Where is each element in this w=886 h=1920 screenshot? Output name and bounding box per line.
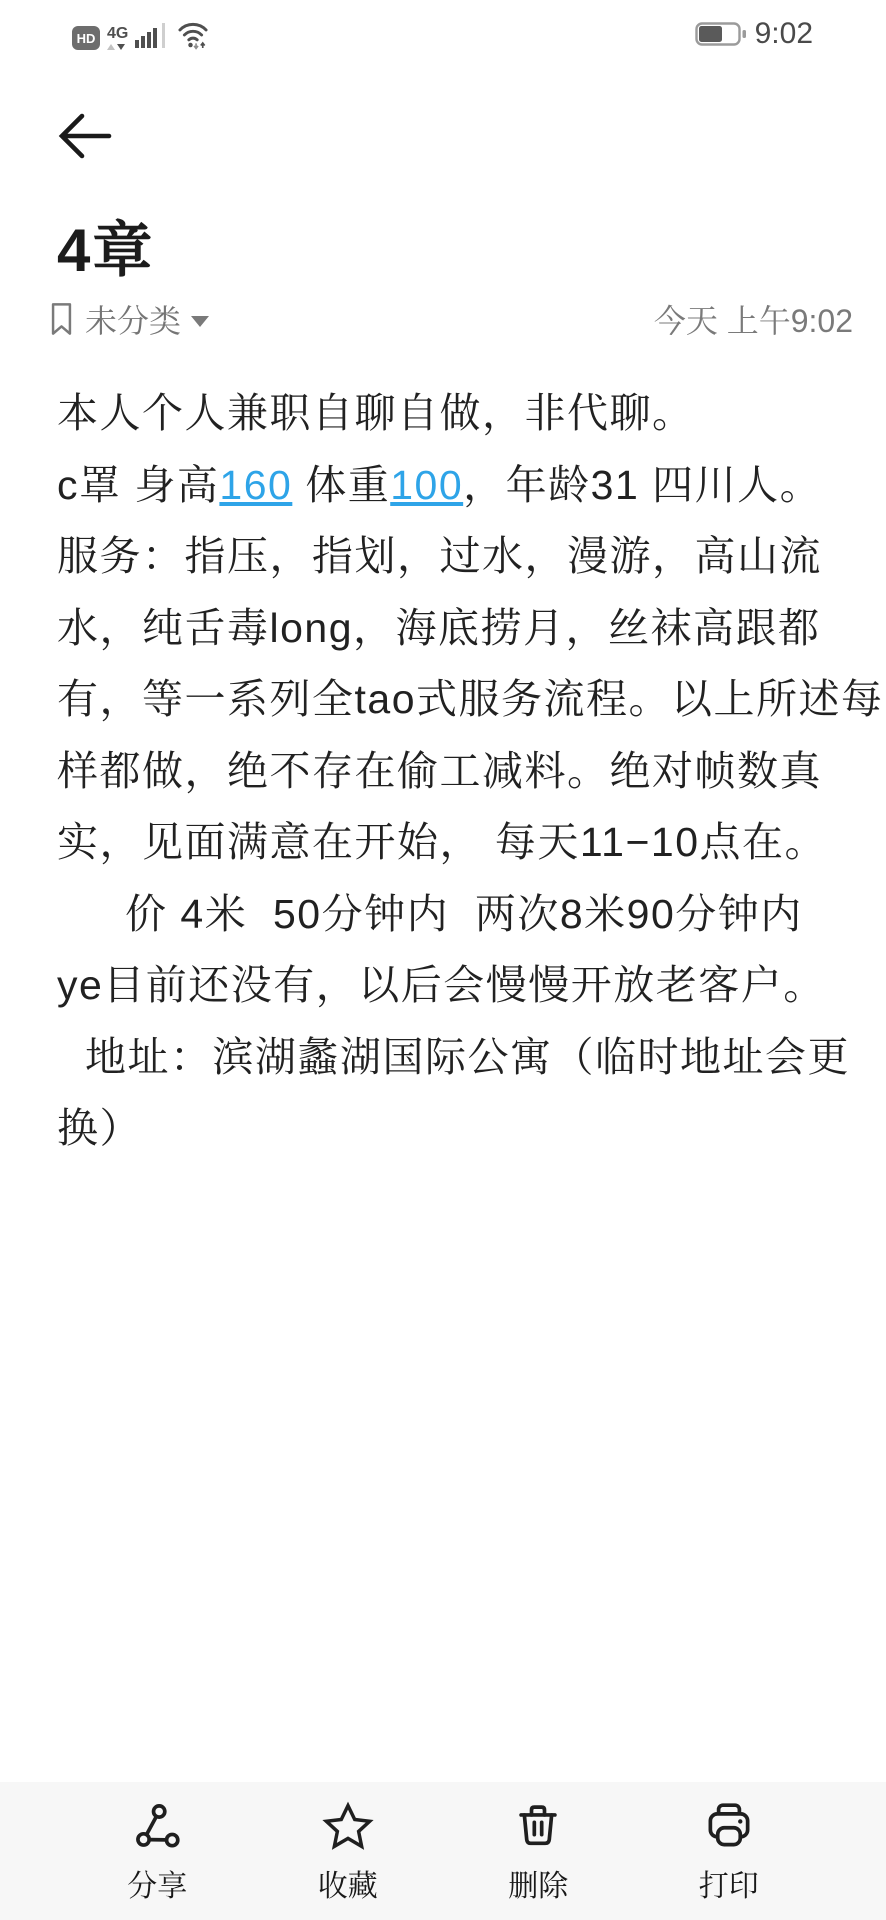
- note-line: 换）: [57, 1093, 846, 1165]
- note-meta-row: 未分类 今天 上午9:02: [48, 296, 853, 342]
- star-icon: [322, 1800, 374, 1852]
- bottom-toolbar: 分享 收藏 删除 打印: [0, 1782, 886, 1920]
- category-label: 未分类: [85, 296, 181, 342]
- battery-icon: [695, 22, 747, 46]
- notes-app-screen: HD 4G: [0, 0, 886, 1920]
- back-button[interactable]: [56, 108, 114, 164]
- note-title: 4章: [57, 203, 154, 289]
- bookmark-icon: [48, 302, 75, 336]
- status-time: 9:02: [755, 17, 813, 51]
- note-text-segment: c罩 身高: [57, 462, 219, 508]
- note-text-segment: ，年龄31 四川人。: [463, 462, 822, 508]
- data-arrows-icon: [107, 44, 125, 50]
- share-label: 分享: [127, 1861, 187, 1905]
- favorite-button[interactable]: 收藏: [253, 1782, 444, 1920]
- link-160[interactable]: 160: [219, 462, 292, 508]
- delete-label: 删除: [508, 1861, 568, 1905]
- share-icon: [131, 1800, 183, 1852]
- note-body[interactable]: 本人个人兼职自聊自做，非代聊。 c罩 身高160 体重100，年龄31 四川人。…: [57, 378, 846, 1165]
- note-line: 实，见面满意在开始， 每天11−10点在。: [57, 807, 846, 879]
- note-line: 本人个人兼职自聊自做，非代聊。: [57, 378, 846, 450]
- delete-button[interactable]: 删除: [443, 1782, 634, 1920]
- note-line: 地址：滨湖蠡湖国际公寓（临时地址会更: [57, 1022, 846, 1094]
- status-bar-left: HD 4G: [72, 18, 210, 50]
- network-indicator: 4G: [107, 26, 128, 50]
- signal-bars-icon: [135, 20, 169, 50]
- share-button[interactable]: 分享: [62, 1782, 253, 1920]
- network-type-label: 4G: [107, 26, 128, 42]
- printer-icon: [703, 1800, 755, 1852]
- note-line: 服务：指压，指划，过水，漫游，高山流: [57, 521, 846, 593]
- wifi-icon: [176, 18, 210, 50]
- print-button[interactable]: 打印: [634, 1782, 825, 1920]
- category-selector[interactable]: 未分类: [48, 296, 209, 342]
- print-label: 打印: [699, 1861, 759, 1905]
- chevron-down-icon: [191, 316, 209, 327]
- note-line: c罩 身高160 体重100，年龄31 四川人。: [57, 450, 846, 522]
- note-line: 水，纯舌毒long，海底捞月，丝袜高跟都: [57, 593, 846, 665]
- note-line: 样都做，绝不存在偷工减料。绝对帧数真: [57, 736, 846, 808]
- link-100[interactable]: 100: [390, 462, 463, 508]
- note-line: 有，等一系列全tao式服务流程。以上所述每: [57, 664, 846, 736]
- trash-icon: [512, 1800, 564, 1852]
- status-bar: HD 4G: [0, 0, 886, 60]
- status-bar-right: 9:02: [695, 17, 813, 51]
- hd-icon: HD: [72, 26, 100, 50]
- note-text-segment: 体重: [292, 462, 390, 508]
- note-timestamp: 今天 上午9:02: [654, 296, 853, 342]
- note-line: 价 4米 50分钟内 两次8米90分钟内: [57, 879, 846, 951]
- note-line: ye目前还没有，以后会慢慢开放老客户。: [57, 950, 846, 1022]
- favorite-label: 收藏: [318, 1861, 378, 1905]
